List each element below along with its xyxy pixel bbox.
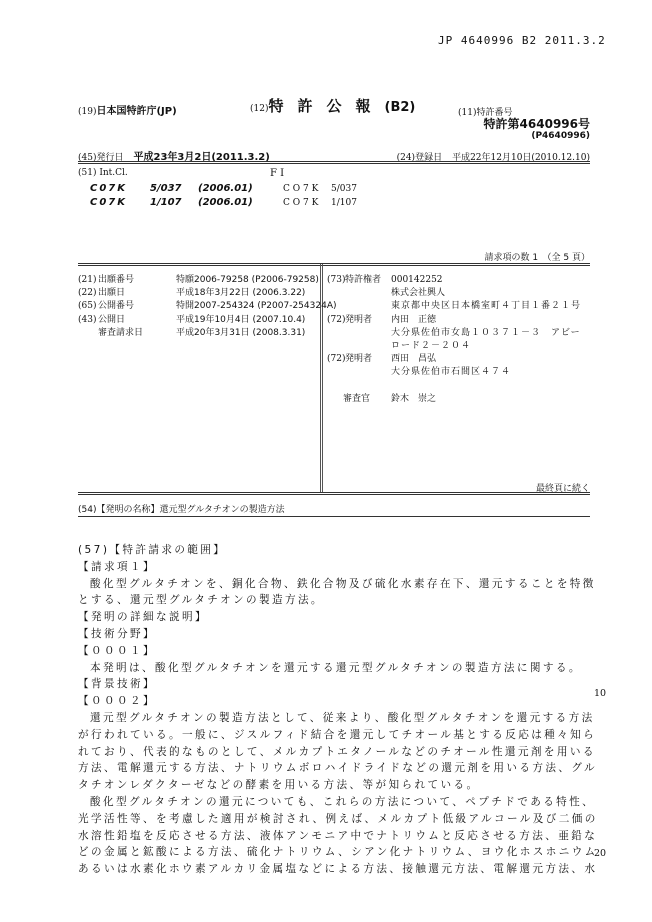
inventor-address: ロード２－２０４ [327,340,581,353]
body-line: 【発明の詳細な説明】 [78,609,590,626]
body-line: 【請求項１】 [78,559,590,576]
fi-label: F I [270,168,284,179]
classification-row: C07K5/037(2006.01) [90,183,253,194]
body-line: 酸化型グルタチオンの還元についても、これらの方法について、ペプチドである特性、 [78,794,590,811]
inventor-row: (72)発明者西田 昌弘 [327,353,581,366]
header-divider [78,161,590,164]
document-id: JP 4640996 B2 2011.3.2 [438,34,606,47]
line-number: 20 [594,848,606,859]
office-code: (19) [78,107,96,117]
fi-row: C O 7 K1/107 [283,198,357,208]
kind-title: 特許公報 [268,97,384,115]
classification-row: C07K1/107(2006.01) [90,197,253,208]
fi-row: C O 7 K5/037 [283,184,357,194]
biblio-row-exam-request-date: 審査請求日平成20年3月31日 (2008.3.31) [78,327,336,340]
body-line: 【技術分野】 [78,626,590,643]
patent-number-alt: (P4640996) [531,131,590,141]
kind-suffix: (B2) [385,100,416,115]
inventor-address: 大分県佐伯市女島１０３７１－３ アビー [327,327,581,340]
patent-owner-name: 株式会社興人 [327,287,581,300]
claims-and-description: (57)【特許請求の範囲】 【請求項１】 酸化型グルタチオンを、銅化合物、鉄化合… [78,542,590,878]
patent-number: 特許第4640996号 [484,115,590,132]
biblio-top-divider [78,263,590,266]
inventor-row: (72)発明者内田 正徳 [327,314,581,327]
issuing-office: (19)日本国特許庁(JP) [78,99,177,118]
biblio-row-publication-number: (65)公開番号特開2007-254324 (P2007-254324A) [78,300,336,313]
claims-count: 請求項の数 1 （全 5 頁） [484,250,590,263]
body-line: (57)【特許請求の範囲】 [78,542,590,559]
body-line: 光学活性等、を考慮した適用が検討され、例えば、メルカプト低級アルコール及び二価の [78,811,590,828]
biblio-row-application-date: (22)出願日平成18年3月22日 (2006.3.22) [78,287,336,300]
body-line: れており、代表的なものとして、メルカプトエタノールなどのチオール性還元剤を用いる [78,744,590,761]
body-line: 【０００１】 [78,643,590,660]
patent-owner-address: 東京都中央区日本橋室町４丁目１番２１号 [327,300,581,313]
body-line: 酸化型グルタチオンを、銅化合物、鉄化合物及び硫化水素存在下、還元することを特徴 [78,576,590,593]
body-line: とする、還元型グルタチオンの製造方法。 [78,592,590,609]
patent-owner-row: (73)特許権者000142252 [327,274,581,287]
body-line: 【０００２】 [78,693,590,710]
biblio-row-publication-date: (43)公開日平成19年10月4日 (2007.10.4) [78,314,336,327]
body-line: あるいは水素化ホウ素アルカリ金属塩などによる方法、接触還元方法、電解還元方法、水 [78,861,590,878]
line-number: 10 [594,688,606,699]
body-line: タチオンレダクターゼなどの酵素を用いる方法、等が知られている。 [78,777,590,794]
title-divider [78,516,590,517]
inventor-address: 大分県佐伯市石間区４７４ [327,366,581,379]
office-name: 日本国特許庁(JP) [96,106,176,117]
examiner-row: 審査官鈴木 崇之 [327,393,581,406]
biblio-left: (21)出願番号特願2006-79258 (P2006-79258) (22)出… [78,274,336,340]
publication-kind: (12)特許公報(B2) [250,95,415,116]
body-line: どの金属と鉱酸による方法、硫化ナトリウム、シアン化ナトリウム、ヨウ化ホスホニウム [78,844,590,861]
kind-code: (12) [250,104,268,114]
biblio-row-application-number: (21)出願番号特願2006-79258 (P2006-79258) [78,274,336,287]
body-line: 方法、電解還元する方法、ナトリウムボロハイドライドなどの還元剤を用いる方法、グル [78,760,590,777]
biblio-bottom-divider [78,492,590,495]
body-line: が行われている。一般に、ジスルフィド結合を還元してチオール基とする反応は種々知ら [78,727,590,744]
body-line: 水溶性鉛塩を反応させる方法、液体アンモニア中でナトリウムと反応させる方法、亜鉛な [78,828,590,845]
intcl-label: (51) Int.Cl. [78,168,128,178]
body-line: 還元型グルタチオンの製造方法として、従来より、酸化型グルタチオンを還元する方法 [78,710,590,727]
body-line: 本発明は、酸化型グルタチオンを還元する還元型グルタチオンの製造方法に関する。 [78,660,590,677]
body-line: 【背景技術】 [78,676,590,693]
biblio-right: (73)特許権者000142252 株式会社興人 東京都中央区日本橋室町４丁目１… [327,274,581,406]
invention-title: (54)【発明の名称】還元型グルタチオンの製造方法 [78,502,285,515]
